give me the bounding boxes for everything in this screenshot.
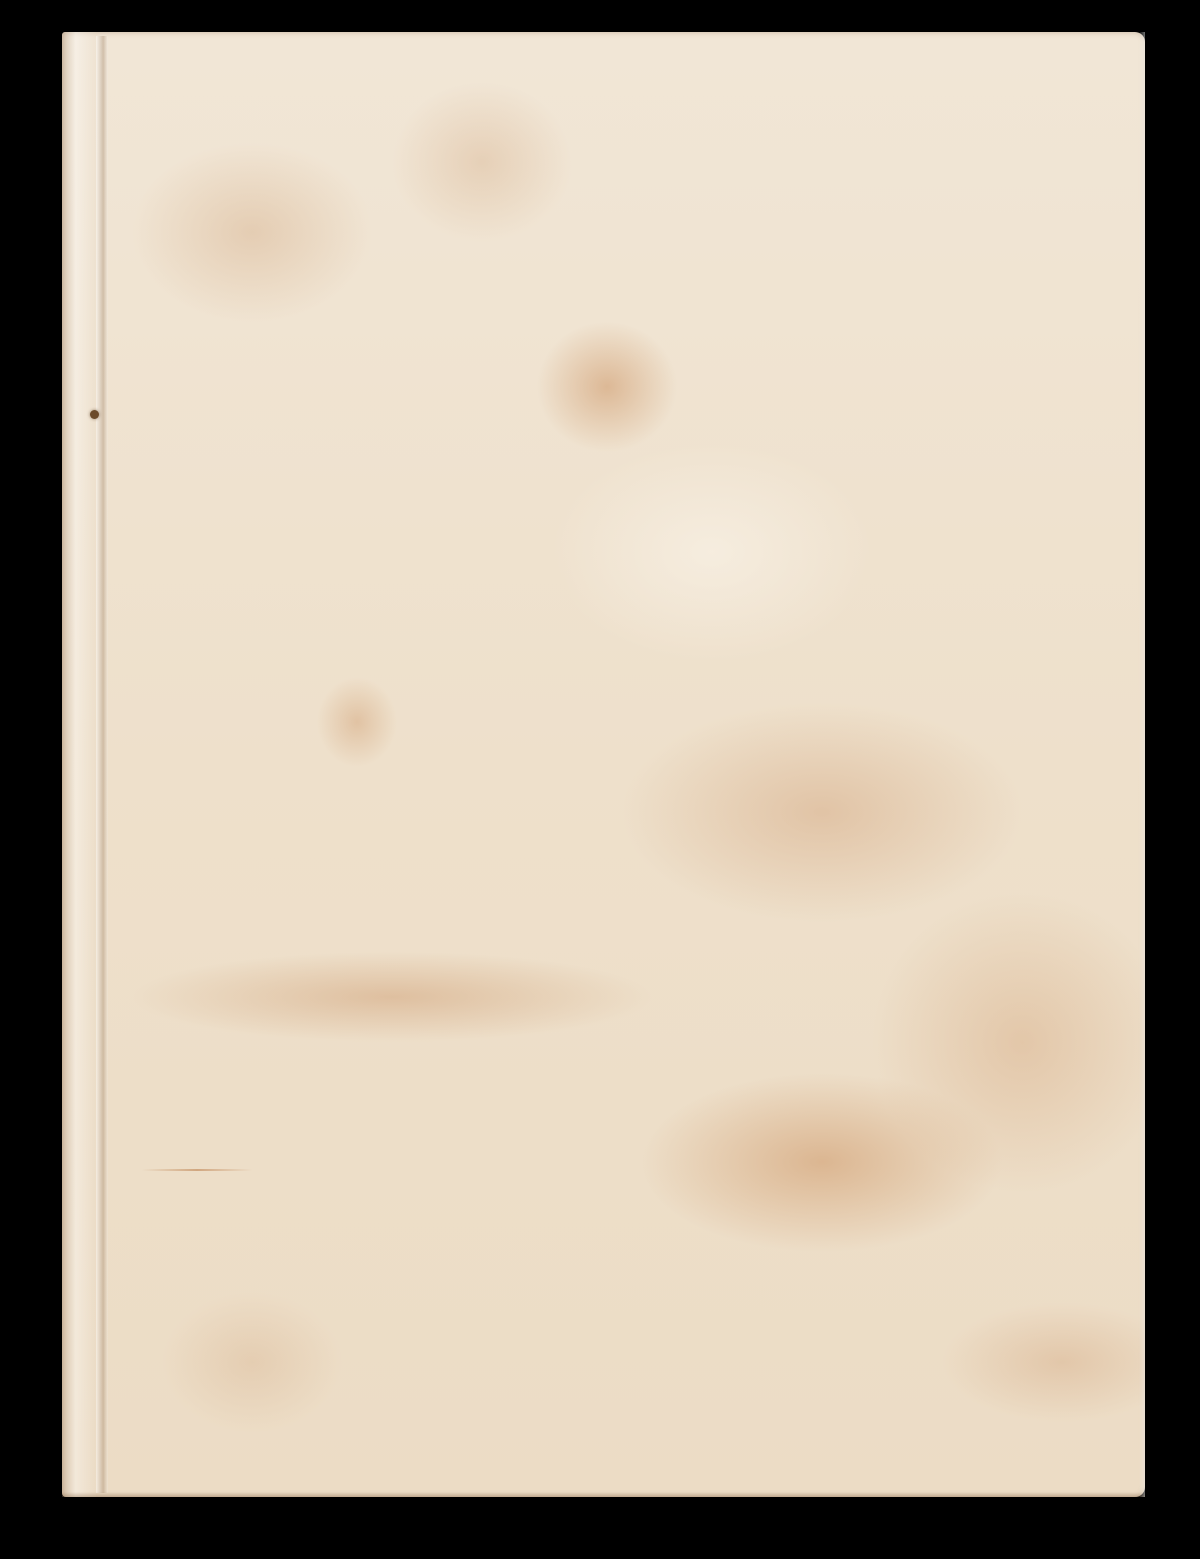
fore-edge	[1139, 32, 1145, 1497]
tie-hole	[90, 410, 99, 419]
spine-hinge	[96, 36, 108, 1493]
bottom-edge	[62, 1492, 1145, 1497]
scratch-mark	[142, 1169, 252, 1171]
spine-edge	[62, 32, 96, 1497]
book-cover	[62, 32, 1145, 1497]
